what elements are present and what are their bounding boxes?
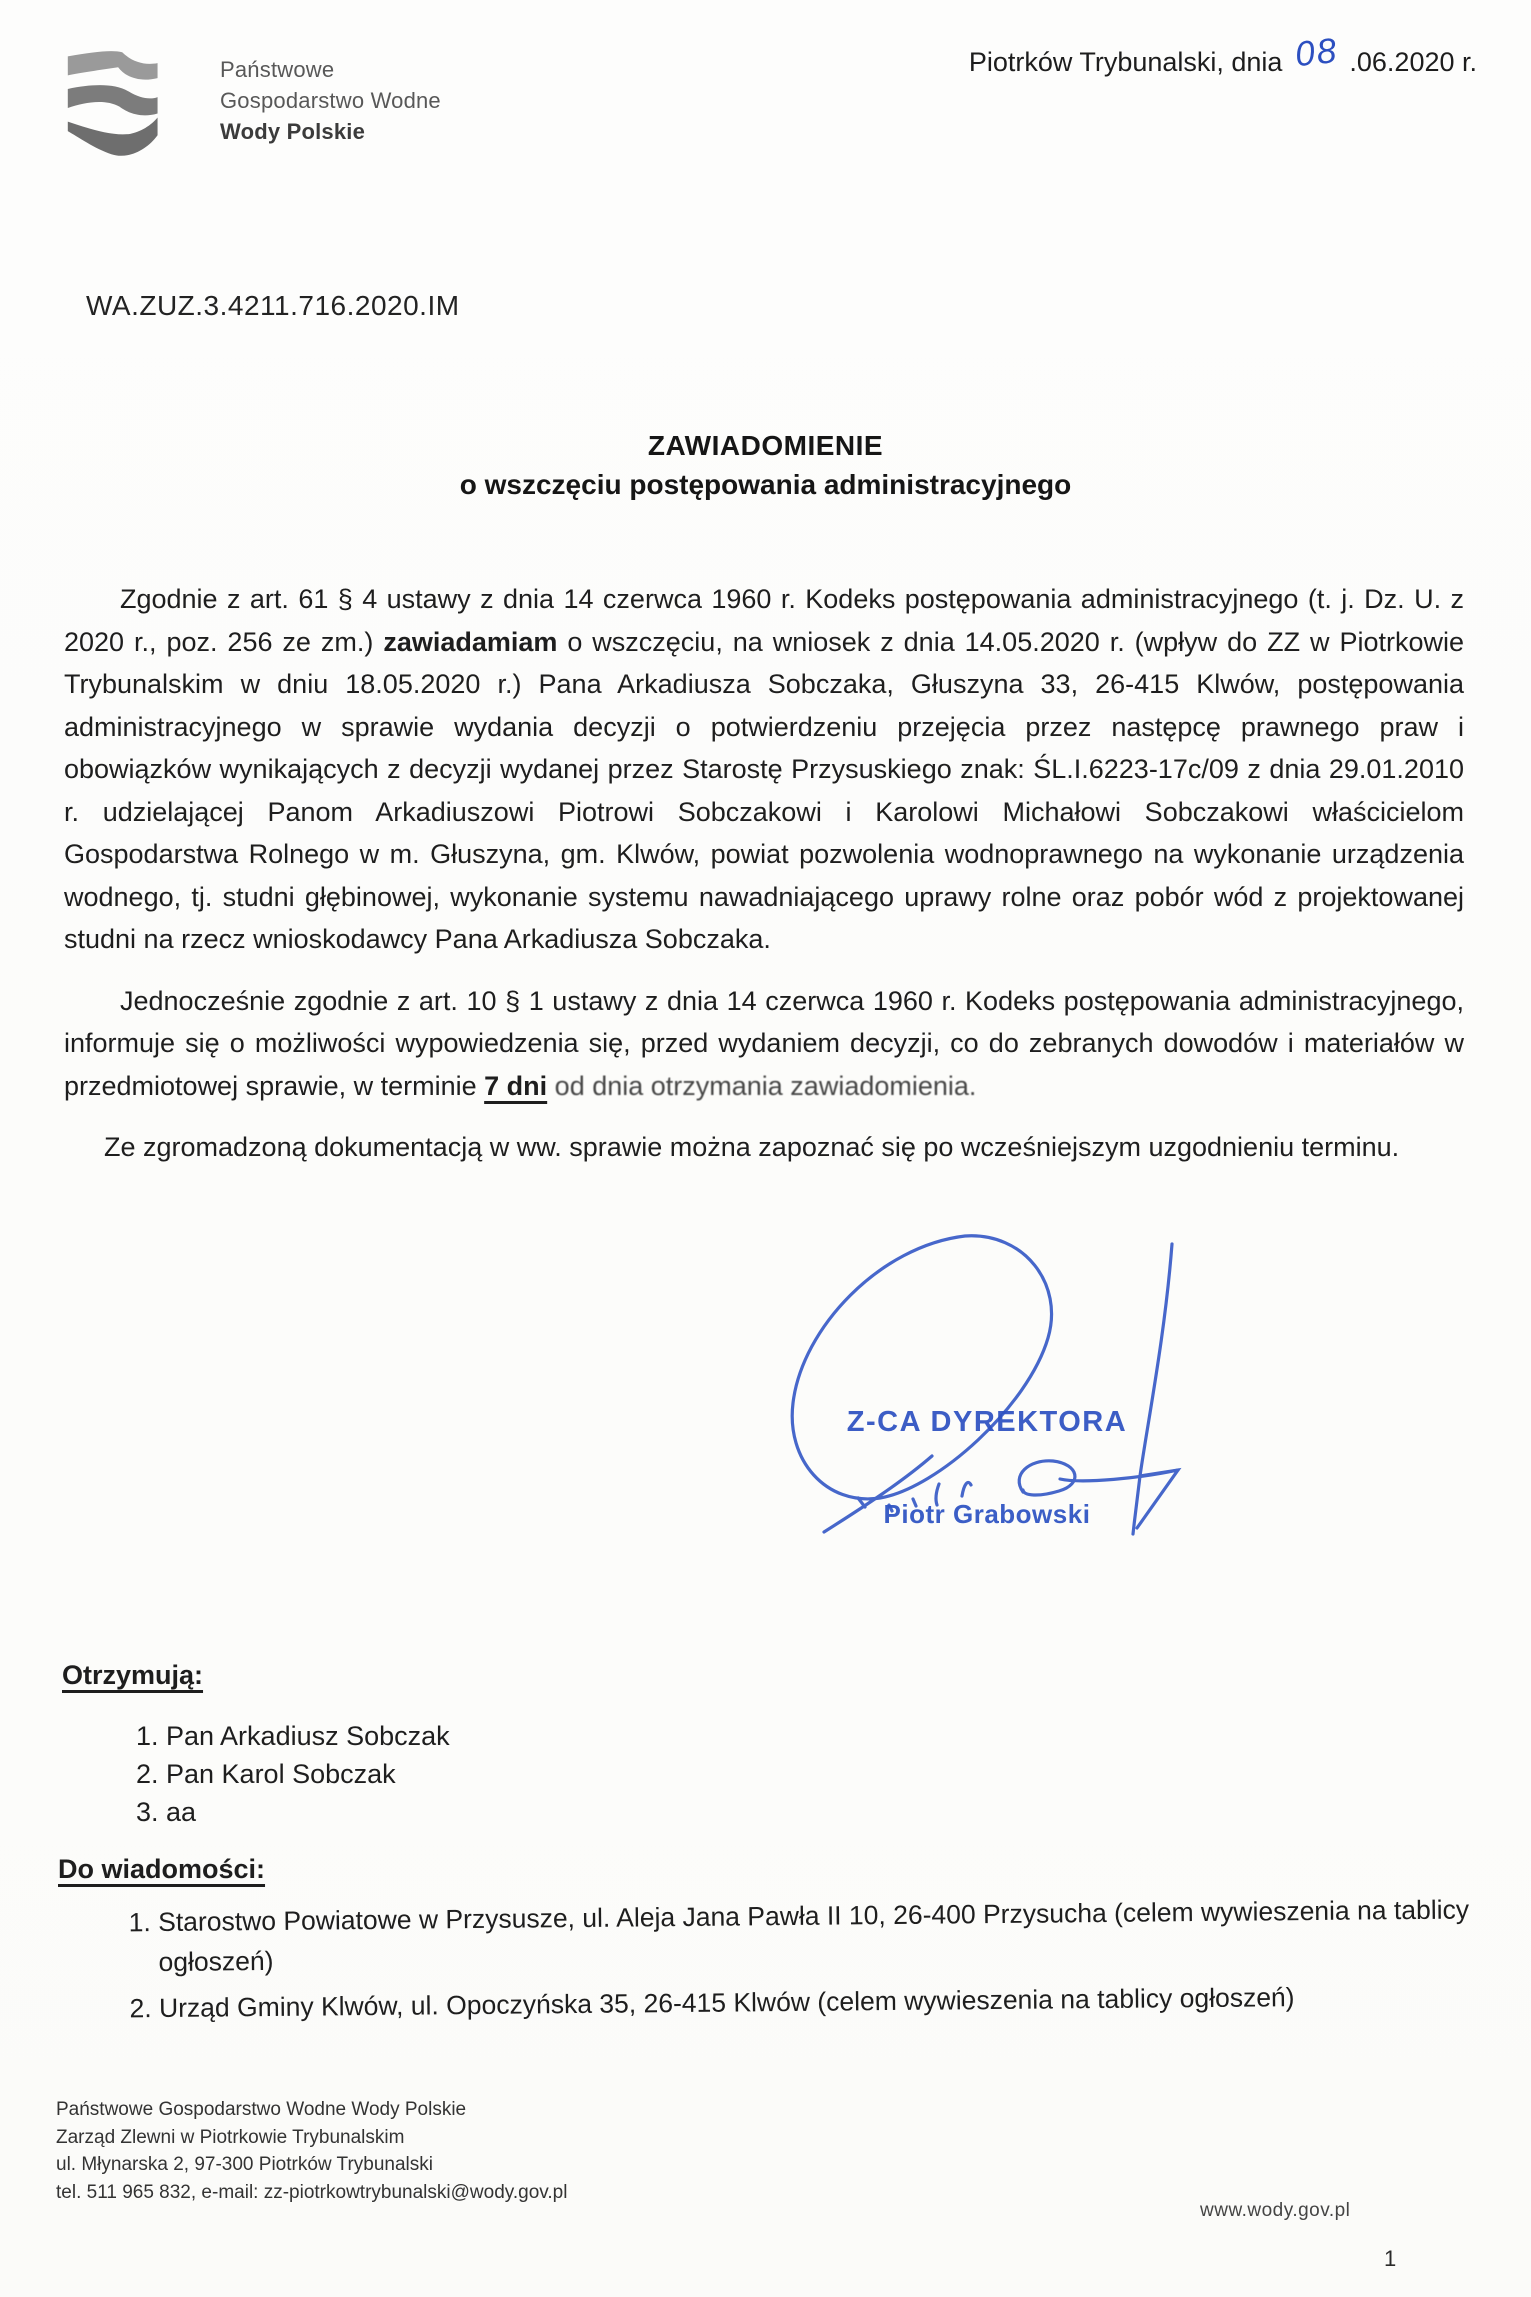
recipient-item: Pan Arkadiusz Sobczak xyxy=(166,1717,450,1755)
paragraph-1: Zgodnie z art. 61 § 4 ustawy z dnia 14 c… xyxy=(64,578,1464,961)
paragraph-2-text-cont: od dnia otrzymania zawiadomienia. xyxy=(547,1071,976,1101)
document-page: Państwowe Gospodarstwo Wodne Wody Polski… xyxy=(0,0,1531,2297)
footer-line-2: Zarząd Zlewni w Piotrkowie Trybunalskim xyxy=(56,2124,567,2152)
cc-item: Starostwo Powiatowe w Przysusze, ul. Ale… xyxy=(158,1889,1489,1982)
date-suffix: .06.2020 r. xyxy=(1349,47,1477,77)
paragraph-2-deadline: 7 dni xyxy=(484,1071,547,1101)
paragraph-3: Ze zgromadzoną dokumentacją w ww. sprawi… xyxy=(64,1126,1464,1169)
signer-name-stamp: Piotr Grabowski xyxy=(862,1499,1112,1530)
recipient-item: aa xyxy=(166,1793,450,1831)
recipient-item: Pan Karol Sobczak xyxy=(166,1755,450,1793)
footer-website: www.wody.gov.pl xyxy=(1200,2200,1350,2222)
cc-heading: Do wiadomości: xyxy=(58,1854,1488,1885)
page-number: 1 xyxy=(1384,2246,1396,2272)
place-date-prefix: Piotrków Trybunalski, dnia xyxy=(969,47,1283,77)
cc-section: Do wiadomości: Starostwo Powiatowe w Prz… xyxy=(58,1854,1488,2029)
footer-line-4: tel. 511 965 832, e-mail: zz-piotrkowtry… xyxy=(56,2179,567,2207)
recipients-list: Pan Arkadiusz Sobczak Pan Karol Sobczak … xyxy=(62,1717,450,1831)
paragraph-2: Jednocześnie zgodnie z art. 10 § 1 ustaw… xyxy=(64,980,1464,1108)
signer-title-stamp: Z-CA DYREKTORA xyxy=(842,1406,1132,1439)
footer-address-block: Państwowe Gospodarstwo Wodne Wody Polski… xyxy=(56,2096,567,2206)
reference-number: WA.ZUZ.3.4211.716.2020.IM xyxy=(86,290,460,322)
logo-line-3: Wody Polskie xyxy=(220,116,441,147)
logo-line-1: Państwowe xyxy=(220,54,441,85)
handwritten-day: 08 xyxy=(1294,31,1341,75)
wody-polskie-logo: Państwowe Gospodarstwo Wodne Wody Polski… xyxy=(58,40,441,176)
paragraph-1-bold: zawiadamiam xyxy=(383,627,557,657)
cc-list: Starostwo Powiatowe w Przysusze, ul. Ale… xyxy=(58,1889,1489,2029)
place-and-date: Piotrków Trybunalski, dnia08.06.2020 r. xyxy=(969,40,1477,80)
title-line-2: o wszczęciu postępowania administracyjne… xyxy=(0,469,1531,501)
footer-line-3: ul. Młynarska 2, 97-300 Piotrków Trybuna… xyxy=(56,2151,567,2179)
recipients-heading: Otrzymują: xyxy=(62,1660,450,1691)
document-title: ZAWIADOMIENIE o wszczęciu postępowania a… xyxy=(0,430,1531,501)
recipients-section: Otrzymują: Pan Arkadiusz Sobczak Pan Kar… xyxy=(62,1660,450,1831)
logo-line-2: Gospodarstwo Wodne xyxy=(220,85,441,116)
footer-line-1: Państwowe Gospodarstwo Wodne Wody Polski… xyxy=(56,2096,567,2124)
title-line-1: ZAWIADOMIENIE xyxy=(0,430,1531,462)
water-waves-icon xyxy=(58,40,200,176)
paragraph-1-text-cont: o wszczęciu, na wniosek z dnia 14.05.202… xyxy=(64,627,1464,955)
logo-text: Państwowe Gospodarstwo Wodne Wody Polski… xyxy=(220,54,441,176)
body-text: Zgodnie z art. 61 § 4 ustawy z dnia 14 c… xyxy=(64,578,1464,1169)
cc-item: Urząd Gminy Klwów, ul. Opoczyńska 35, 26… xyxy=(159,1975,1489,2028)
